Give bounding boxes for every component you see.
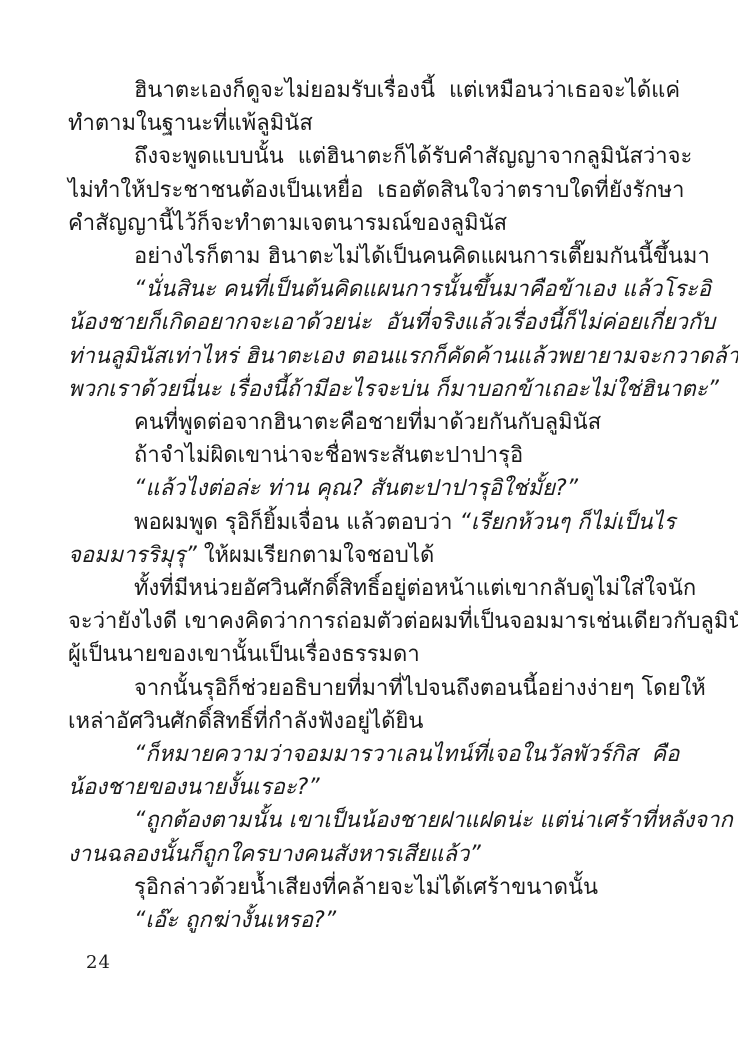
dialogue-segment: “เรียกห้วนๆ ก็ไม่เป็นไร: [459, 510, 675, 535]
book-page: ฮินาตะเองก็ดูจะไม่ยอมรับเรื่องนี้ แต่เหม…: [0, 0, 738, 1051]
page-number: 24: [86, 952, 111, 973]
text-line: ทำตามในฐานะที่แพ้ลูมินัส: [68, 107, 716, 140]
text-line: รุอิกล่าวด้วยน้ำเสียงที่คล้ายจะไม่ได้เศร…: [68, 871, 716, 904]
dialogue-line: น้องชายของนายงั้นเรอะ?”: [68, 771, 716, 804]
text-line: ถึงจะพูดแบบนั้น แต่ฮินาตะก็ได้รับคำสัญญา…: [68, 140, 716, 173]
text-line: ทั้งที่มีหน่วยอัศวินศักดิ์สิทธิ์อยู่ต่อห…: [68, 572, 716, 605]
dialogue-line: “เอ๊ะ ถูกฆ่างั้นเหรอ?”: [68, 904, 716, 937]
text-line: ไม่ทำให้ประชาชนต้องเป็นเหยื่อ เธอตัดสินใ…: [68, 174, 716, 207]
text-line: คนที่พูดต่อจากฮินาตะคือชายที่มาด้วยกันกั…: [68, 406, 716, 439]
dialogue-line: “นั่นสินะ คนที่เป็นต้นคิดแผนการนั้นขึ้นม…: [68, 273, 716, 306]
narration-segment: ให้ผมเรียกตามใจชอบได้: [204, 543, 434, 568]
dialogue-line: ท่านลูมินัสเท่าไหร่ ฮินาตะเอง ตอนแรกก็คั…: [68, 340, 716, 373]
text-line: พอผมพูด รุอิก็ยิ้มเจื่อน แล้วตอบว่า “เรี…: [68, 506, 716, 539]
dialogue-line: “แล้วไงต่อล่ะ ท่าน คุณ? สันตะปาปารุอิใช่…: [68, 472, 716, 505]
dialogue-line: “ก็หมายความว่าจอมมารวาเลนไทน์ที่เจอในวัล…: [68, 738, 716, 771]
dialogue-segment: จอมมารริมุรุ”: [68, 543, 204, 568]
text-line: เหล่าอัศวินศักดิ์สิทธิ์ที่กำลังฟังอยู่ได…: [68, 705, 716, 738]
dialogue-line: น้องชายก็เกิดอยากจะเอาด้วยน่ะ อันที่จริง…: [68, 306, 716, 339]
dialogue-line: พวกเราด้วยนี่นะ เรื่องนี้ถ้ามีอะไรจะบ่น …: [68, 373, 716, 406]
text-line: อย่างไรก็ตาม ฮินาตะไม่ได้เป็นคนคิดแผนการ…: [68, 240, 716, 273]
text-line: จากนั้นรุอิก็ช่วยอธิบายที่มาที่ไปจนถึงตอ…: [68, 672, 716, 705]
text-line: จะว่ายังไงดี เขาคงคิดว่าการถ่อมตัวต่อผมท…: [68, 605, 716, 638]
page-text: ฮินาตะเองก็ดูจะไม่ยอมรับเรื่องนี้ แต่เหม…: [68, 74, 716, 937]
narration-segment: พอผมพูด รุอิก็ยิ้มเจื่อน แล้วตอบว่า: [134, 510, 459, 535]
text-line: ผู้เป็นนายของเขานั้นเป็นเรื่องธรรมดา: [68, 638, 716, 671]
dialogue-line: “ถูกต้องตามนั้น เขาเป็นน้องชายฝาแฝดน่ะ แ…: [68, 804, 716, 837]
text-line: ฮินาตะเองก็ดูจะไม่ยอมรับเรื่องนี้ แต่เหม…: [68, 74, 716, 107]
text-line: ถ้าจำไม่ผิดเขาน่าจะชื่อพระสันตะปาปารุอิ: [68, 439, 716, 472]
text-line: จอมมารริมุรุ” ให้ผมเรียกตามใจชอบได้: [68, 539, 716, 572]
text-line: คำสัญญานี้ไว้ก็จะทำตามเจตนารมณ์ของลูมินั…: [68, 207, 716, 240]
dialogue-line: งานฉลองนั้นก็ถูกใครบางคนสังหารเสียแล้ว”: [68, 838, 716, 871]
